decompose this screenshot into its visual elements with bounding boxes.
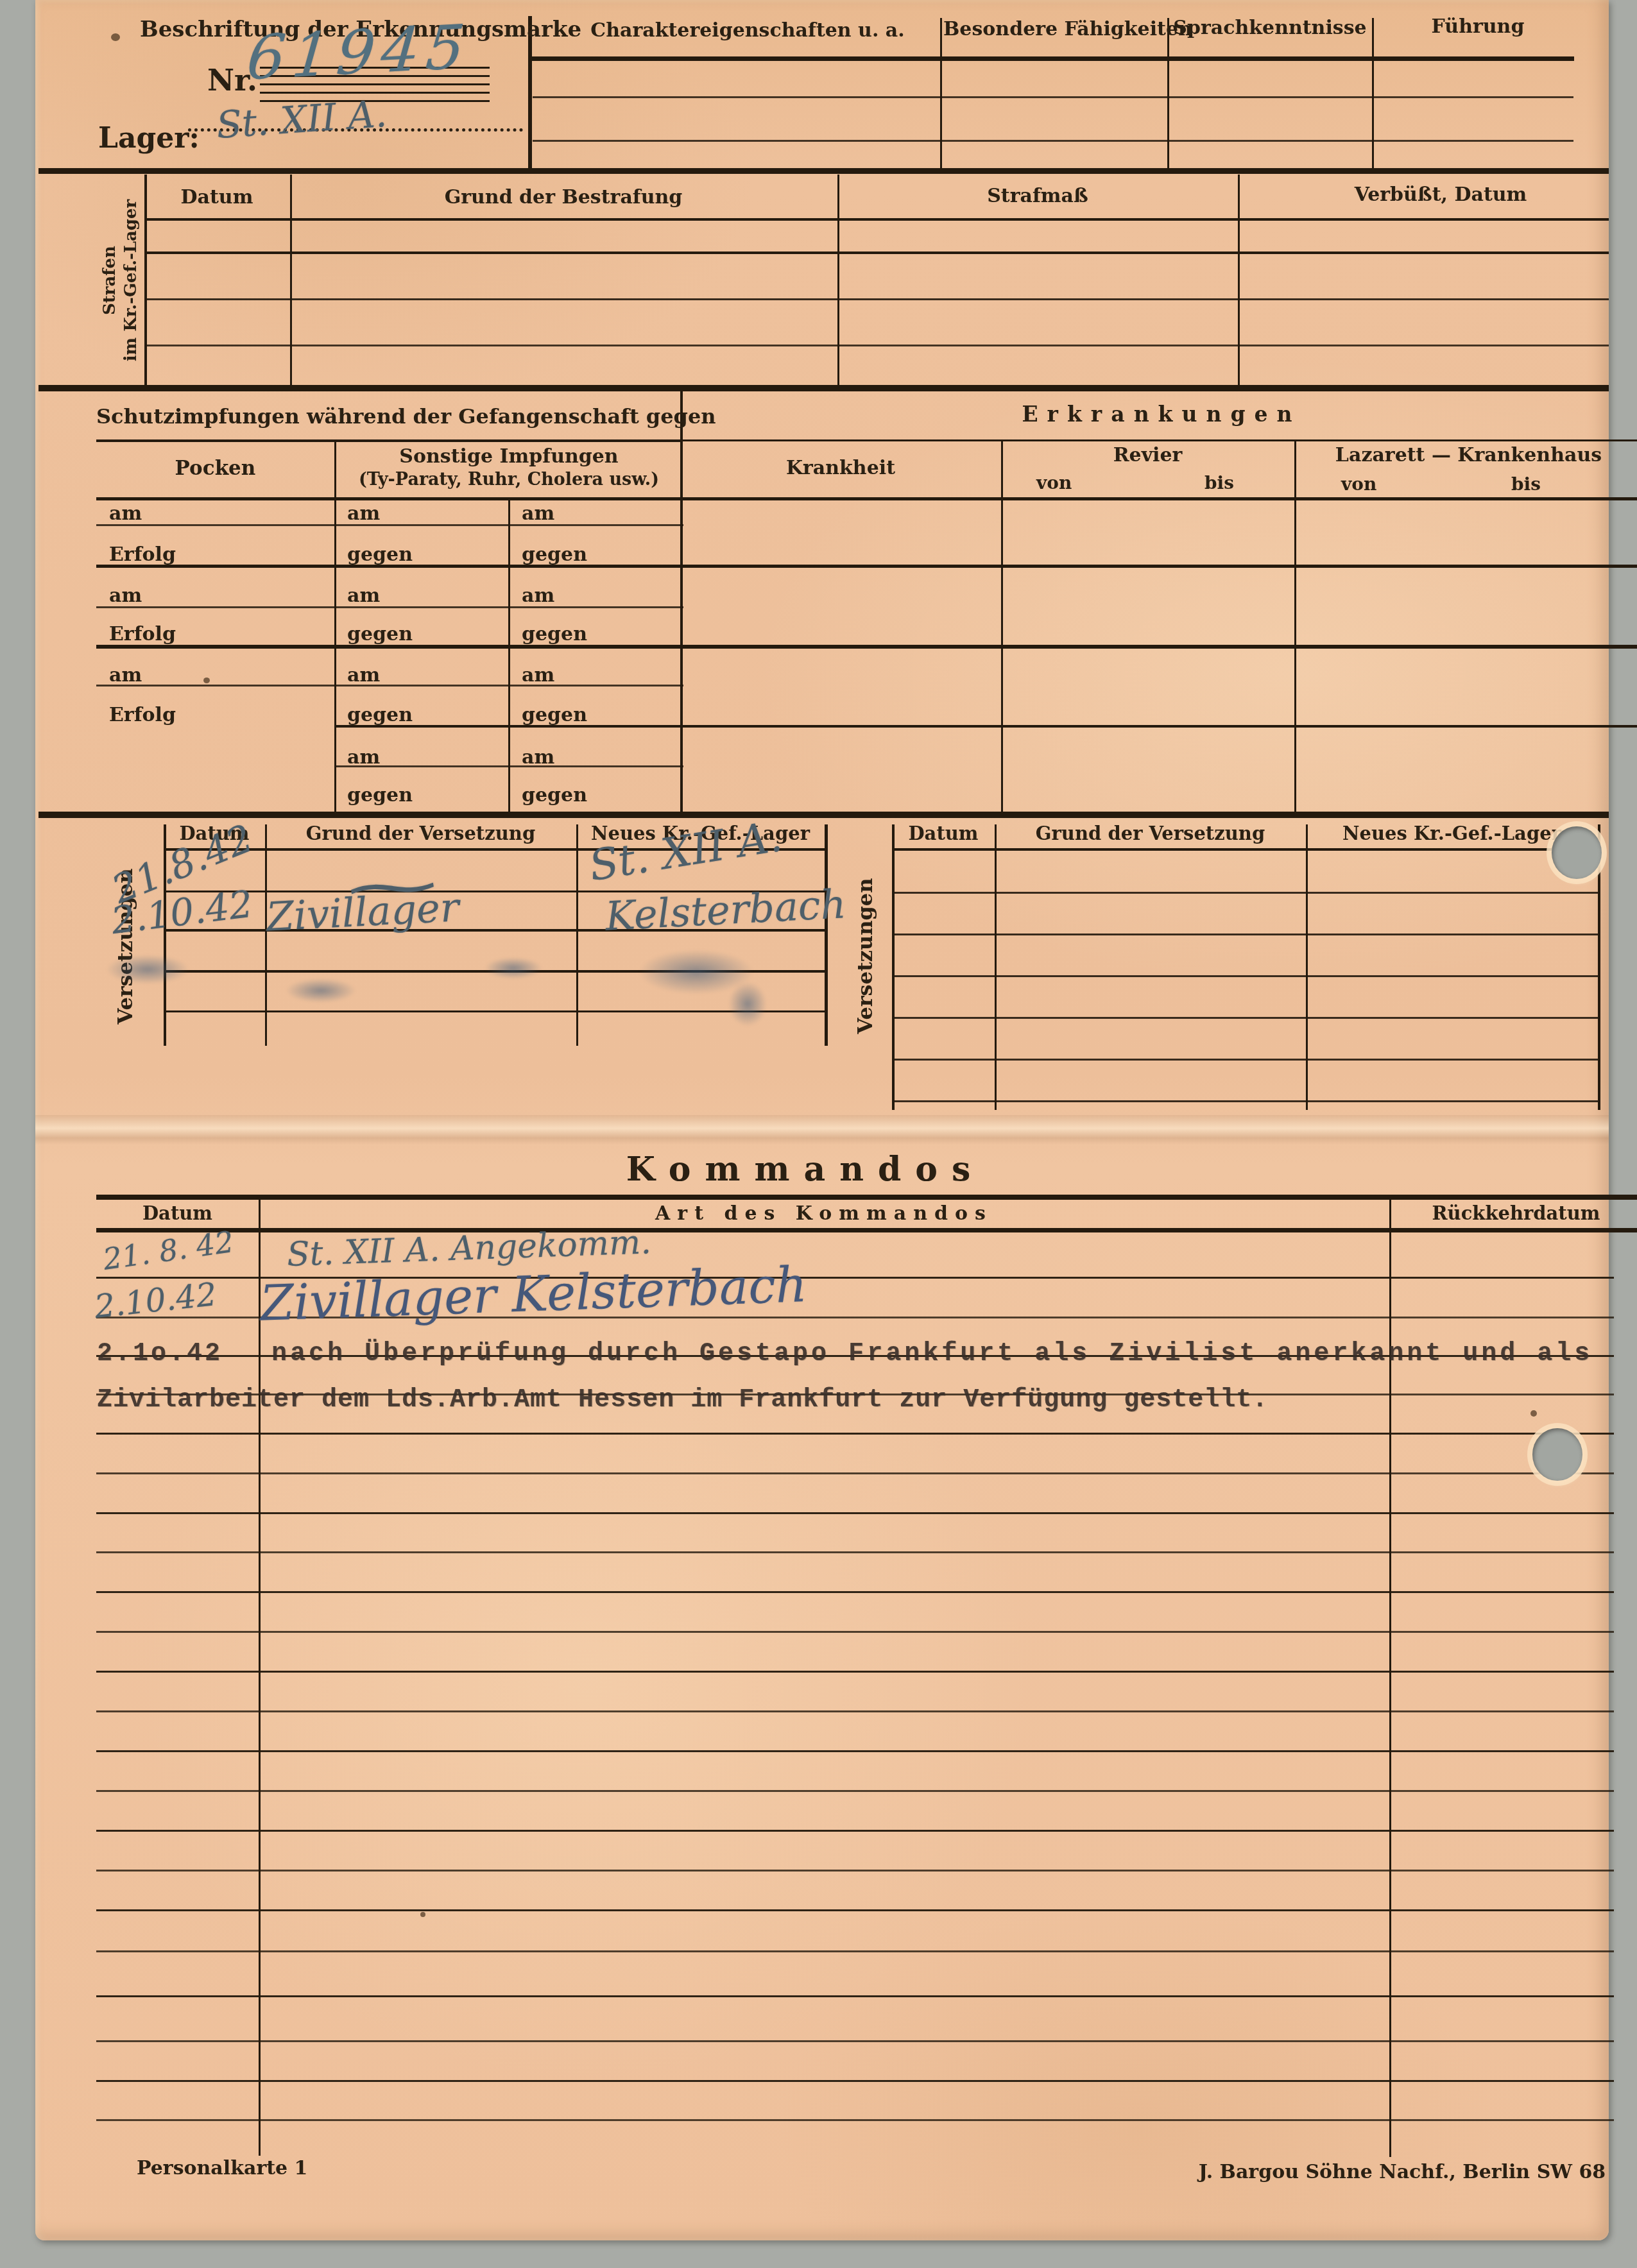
rule-line	[96, 685, 683, 686]
vaccination-cell-label: am	[347, 746, 380, 769]
rule-line	[96, 439, 680, 442]
vaccination-cell-label: Erfolg	[109, 623, 176, 645]
vaccination-cell-label: gegen	[522, 543, 587, 566]
top-table-col-faehigkeiten: Besondere Fähigkeiten	[943, 18, 1168, 40]
rule-line	[96, 1909, 1614, 1911]
column-divider	[334, 439, 336, 812]
rule-line	[892, 1100, 1598, 1102]
rule-line	[96, 2040, 1614, 2042]
rule-line	[96, 2080, 1614, 2082]
rule-line	[533, 96, 1573, 98]
impfungen-col-pocken: Pocken	[96, 457, 334, 480]
column-divider	[892, 824, 895, 1110]
lazarett-von-label: von	[1341, 473, 1376, 495]
kommandos-col-datum: Datum	[96, 1202, 259, 1224]
rule-line	[96, 1551, 1614, 1553]
typed-entry-line2: Zivilarbeiter dem Lds.Arb.Amt Hessen im …	[97, 1386, 1268, 1415]
rule-line	[892, 848, 1598, 851]
top-table-col-fuehrung: Führung	[1375, 15, 1581, 38]
rule-line	[144, 345, 1609, 346]
vaccination-cell-label: gegen	[522, 784, 587, 806]
fold-crease	[35, 1115, 1609, 1145]
rule-line	[96, 1710, 1614, 1712]
vaccination-cell-label: gegen	[347, 623, 413, 645]
column-divider	[995, 824, 997, 1110]
rule-line	[96, 1631, 1614, 1633]
column-divider	[265, 824, 267, 1046]
rule-line	[528, 56, 1574, 61]
ink-smudge	[106, 955, 189, 984]
strafen-col-verbuesst: Verbüßt, Datum	[1312, 183, 1569, 206]
rule-line	[96, 1228, 1637, 1232]
vaccination-cell-label: am	[522, 584, 554, 607]
ink-smudge	[286, 978, 356, 1003]
rule-line	[892, 1059, 1598, 1061]
impfungen-col-sonstige-line2: (Ty-Paraty, Ruhr, Cholera usw.)	[334, 470, 683, 490]
versetzungen-left-side-label: Versetzungen	[113, 812, 141, 1081]
punch-hole-top	[1552, 826, 1602, 879]
column-divider	[259, 1195, 261, 2156]
rule-line	[96, 1472, 1614, 1474]
rule-line	[144, 298, 1609, 300]
rule-line	[96, 524, 683, 526]
erkrankungen-col-revier: Revier	[1001, 444, 1294, 466]
vaccination-cell-label: am	[109, 502, 142, 525]
lager-label: Lager:	[98, 122, 200, 155]
impfungen-title: Schutzimpfungen während der Gefangenscha…	[96, 404, 680, 429]
versetzung-row2-grund: Zivillager	[265, 883, 460, 941]
strafen-side-line1: Strafen	[100, 246, 119, 315]
rule-line	[892, 975, 1598, 977]
versetzungen-right-col-grund: Grund der Versetzung	[995, 823, 1306, 844]
rule-line	[96, 1750, 1614, 1752]
versetzungen-left-col-grund: Grund der Versetzung	[265, 823, 576, 844]
column-divider	[837, 175, 839, 385]
vaccination-cell-label: gegen	[347, 704, 413, 726]
rule-line	[892, 892, 1598, 894]
kommandos-col-rueckkehr: Rückkehrdatum	[1389, 1202, 1637, 1224]
paper-speck	[111, 33, 120, 41]
vaccination-cell-label: Erfolg	[109, 543, 176, 566]
rule-line	[533, 140, 1573, 142]
rule-line	[96, 497, 1637, 500]
rule-line	[39, 812, 1609, 818]
erkrankungen-title: Erkrankungen	[680, 402, 1637, 427]
vaccination-cell-label: am	[347, 664, 380, 686]
footer-form-name: Personalkarte 1	[137, 2157, 307, 2179]
kommandos-col-art: Art des Kommandos	[259, 1202, 1389, 1225]
column-divider	[1001, 439, 1003, 812]
lazarett-bis-label: bis	[1511, 473, 1541, 495]
paper-speck	[420, 1912, 425, 1917]
column-divider	[1167, 18, 1169, 168]
paper-speck	[1530, 1410, 1537, 1417]
rule-line	[164, 1010, 825, 1012]
rule-line	[144, 252, 1609, 254]
column-divider	[1294, 439, 1296, 812]
column-divider	[1372, 18, 1374, 168]
rule-line	[334, 765, 683, 767]
vaccination-cell-label: am	[109, 664, 142, 686]
versetzungen-right-col-datum: Datum	[892, 823, 995, 844]
nr-value-handwritten: 61945	[244, 12, 474, 94]
vaccination-cell-label: am	[522, 502, 554, 525]
column-divider	[940, 18, 942, 168]
revier-von-label: von	[1036, 472, 1072, 493]
vaccination-cell-label: am	[109, 584, 142, 607]
erkrankungen-col-krankheit: Krankheit	[680, 457, 1001, 479]
rule-line	[144, 218, 1609, 221]
paper-speck	[203, 678, 210, 683]
column-divider	[290, 175, 292, 385]
vaccination-cell-label: gegen	[522, 623, 587, 645]
column-divider	[825, 824, 828, 1046]
rule-line	[96, 1671, 1614, 1673]
strafen-col-strafmass: Strafmaß	[909, 185, 1166, 207]
ink-smudge	[484, 957, 542, 979]
vaccination-cell-label: Erfolg	[109, 704, 176, 726]
rule-line	[96, 1512, 1614, 1514]
rule-line	[39, 168, 1609, 174]
vaccination-cell-label: gegen	[347, 784, 413, 806]
vaccination-cell-label: gegen	[522, 704, 587, 726]
rule-line	[39, 385, 1609, 391]
footer-printer-imprint: J. Bargou Söhne Nachf., Berlin SW 68	[1190, 2161, 1614, 2183]
strafen-side-line2: im Kr.-Gef.-Lager	[121, 200, 141, 362]
rule-line	[96, 1433, 1614, 1435]
vaccination-cell-label: am	[347, 502, 380, 525]
rule-line	[96, 1830, 1614, 1832]
rule-line	[96, 1995, 1614, 1997]
top-table-col-charakter: Charaktereigenschaften u. a.	[561, 19, 934, 42]
column-divider	[1598, 824, 1600, 1110]
rule-line	[96, 1790, 1614, 1792]
rule-line	[96, 1195, 1637, 1200]
column-divider	[1238, 175, 1240, 385]
personalkarte-card: Beschriftung der Erkennungsmarke Nr. 619…	[35, 0, 1609, 2240]
rule-line	[892, 934, 1598, 935]
impfungen-col-sonstige-line1: Sonstige Impfungen	[334, 445, 683, 468]
rule-line	[96, 1950, 1614, 1952]
typed-entry-line1: nach Überprüfung durch Gestapo Frankfurt…	[271, 1340, 1593, 1368]
rule-line	[96, 2119, 1614, 2121]
rule-line	[96, 1591, 1614, 1593]
rule-line	[96, 645, 1637, 649]
kommandos-title: Kommandos	[484, 1150, 1126, 1189]
rule-line	[680, 439, 1637, 441]
strafen-side-label: Strafen im Kr.-Gef.-Lager	[99, 175, 151, 386]
rule-line	[96, 606, 683, 608]
revier-bis-label: bis	[1204, 472, 1234, 493]
vaccination-cell-label: am	[347, 584, 380, 607]
rule-line	[96, 1870, 1614, 1872]
column-divider	[1389, 1195, 1391, 2157]
column-divider	[576, 824, 578, 1046]
ink-smudge	[728, 982, 767, 1027]
versetzungen-right-side-label: Versetzungen	[853, 821, 881, 1091]
top-table-col-sprachen: Sprachkenntnisse	[1170, 17, 1369, 39]
typed-entry-datum: 2.1o.42	[97, 1340, 223, 1368]
rule-line	[892, 1017, 1598, 1019]
lager-value-handwritten: St. XII A.	[215, 92, 388, 147]
punch-hole-bottom	[1532, 1428, 1582, 1481]
vaccination-cell-label: am	[522, 746, 554, 769]
column-divider	[508, 497, 510, 812]
column-divider	[1306, 824, 1308, 1110]
strafen-col-datum: Datum	[153, 186, 281, 209]
erkrankungen-col-lazarett: Lazarett — Krankenhaus	[1294, 444, 1637, 466]
scanned-document-page: Beschriftung der Erkennungsmarke Nr. 619…	[0, 0, 1637, 2268]
rule-line	[96, 565, 1637, 568]
vaccination-cell-label: gegen	[347, 543, 413, 566]
vaccination-cell-label: am	[522, 664, 554, 686]
strafen-col-grund: Grund der Bestrafung	[371, 186, 756, 209]
